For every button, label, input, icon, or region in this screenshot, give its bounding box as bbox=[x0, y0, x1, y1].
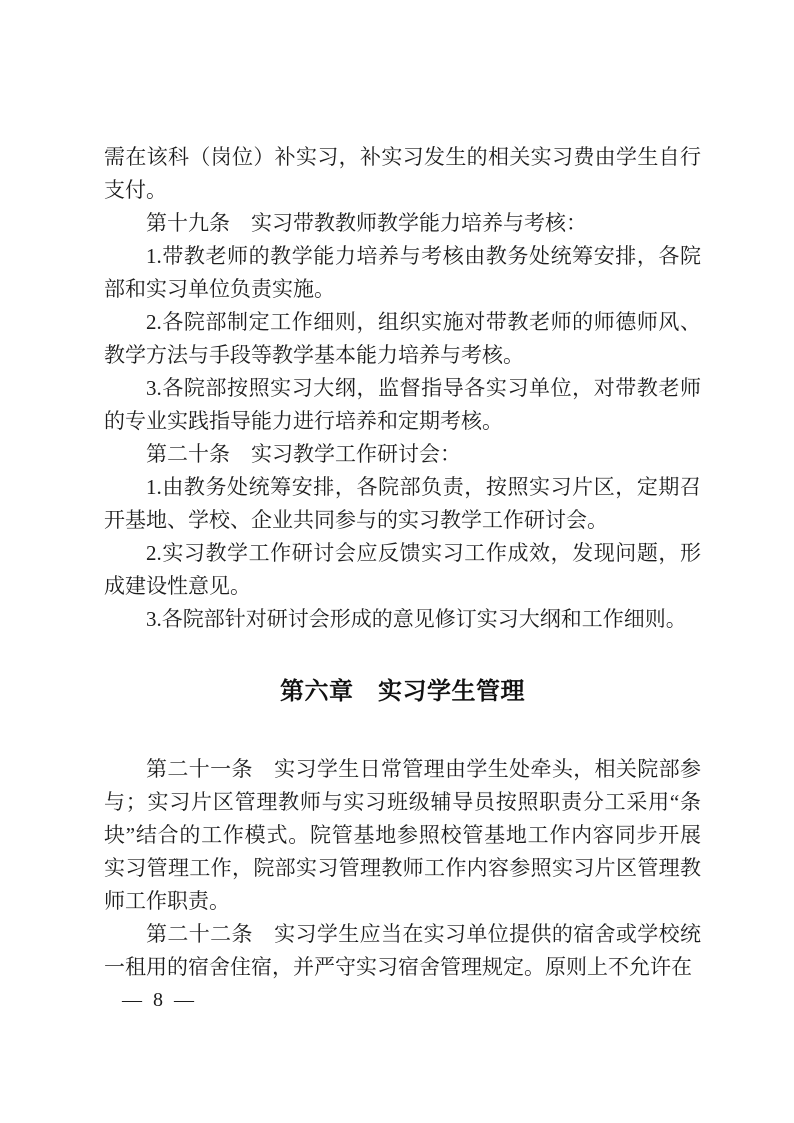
section-before-heading: 需在该科（岗位）补实习，补实习发生的相关实习费由学生自行支付。第十九条 实习带教… bbox=[104, 141, 701, 636]
page-number: — 8 — bbox=[122, 988, 197, 1012]
body-paragraph: 1.带教老师的教学能力培养与考核由教务处统筹安排，各院部和实习单位负责实施。 bbox=[104, 240, 701, 306]
body-paragraph: 3.各院部按照实习大纲，监督指导各实习单位，对带教老师的专业实践指导能力进行培养… bbox=[104, 372, 701, 438]
body-paragraph: 第十九条 实习带教教师教学能力培养与考核： bbox=[104, 207, 701, 240]
body-paragraph: 需在该科（岗位）补实习，补实习发生的相关实习费由学生自行支付。 bbox=[104, 141, 701, 207]
body-paragraph: 第二十二条 实习学生应当在实习单位提供的宿舍或学校统一租用的宿舍住宿，并严守实习… bbox=[104, 918, 701, 984]
section-after-heading: 第二十一条 实习学生日常管理由学生处牵头，相关院部参与；实习片区管理教师与实习班… bbox=[104, 753, 701, 984]
body-paragraph: 第二十一条 实习学生日常管理由学生处牵头，相关院部参与；实习片区管理教师与实习班… bbox=[104, 753, 701, 918]
document-page: 需在该科（岗位）补实习，补实习发生的相关实习费由学生自行支付。第十九条 实习带教… bbox=[0, 0, 794, 1123]
body-paragraph: 2.各院部制定工作细则，组织实施对带教老师的师德师风、教学方法与手段等教学基本能… bbox=[104, 306, 701, 372]
chapter-heading: 第六章 实习学生管理 bbox=[104, 676, 701, 707]
body-paragraph: 2.实习教学工作研讨会应反馈实习工作成效，发现问题，形成建设性意见。 bbox=[104, 537, 701, 603]
body-paragraph: 1.由教务处统筹安排，各院部负责，按照实习片区，定期召开基地、学校、企业共同参与… bbox=[104, 471, 701, 537]
body-paragraph: 3.各院部针对研讨会形成的意见修订实习大纲和工作细则。 bbox=[104, 603, 701, 636]
body-paragraph: 第二十条 实习教学工作研讨会： bbox=[104, 438, 701, 471]
document-body: 需在该科（岗位）补实习，补实习发生的相关实习费由学生自行支付。第十九条 实习带教… bbox=[104, 141, 701, 984]
